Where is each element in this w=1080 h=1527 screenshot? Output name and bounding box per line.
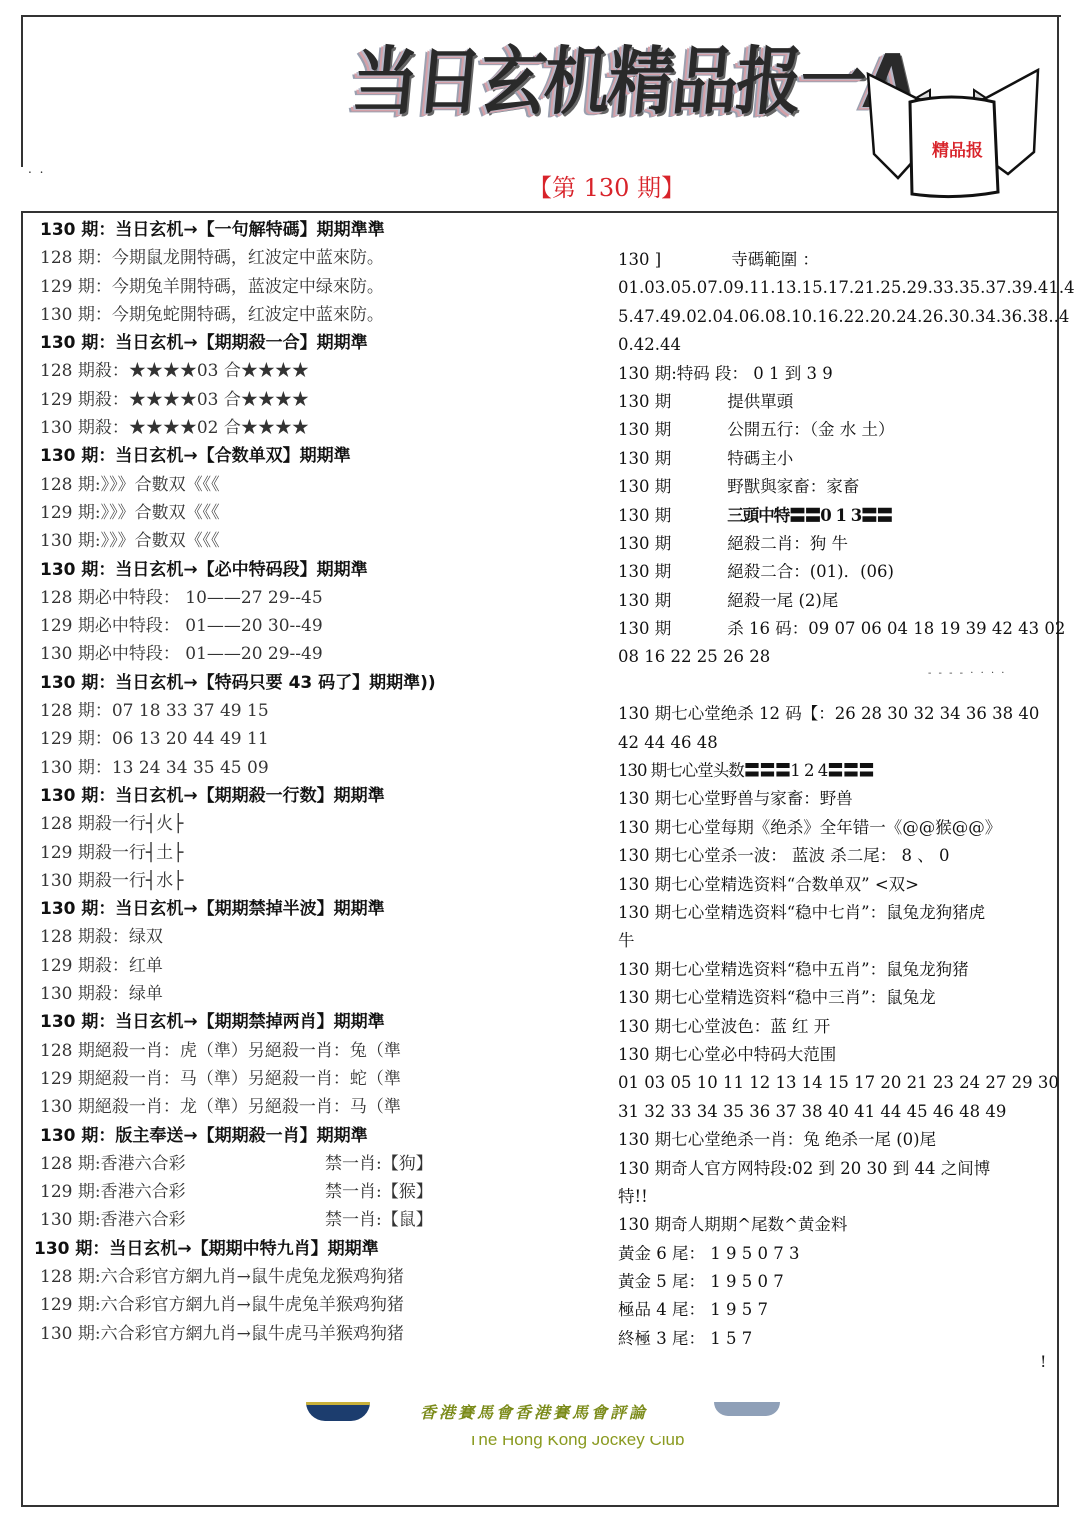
section-heading: 130 期：当日玄机→【一句解特碼】期期準準 xyxy=(40,216,600,244)
item-prefix: 130 期 xyxy=(618,619,671,638)
list-item: 黃金 6 尾： 1 9 5 0 7 3 xyxy=(618,1240,1048,1268)
section-heading: 130 期：当日玄机→【期期殺一合】期期準 xyxy=(40,329,600,357)
list-item: 01 03 05 10 11 12 13 14 15 17 20 21 23 2… xyxy=(618,1069,1048,1097)
list-item: 128 期:六合彩官方網九肖→鼠牛虎兔龙猴鸡狗猪 xyxy=(40,1263,600,1291)
list-item: 130 期:特码 段： 0 1 到 3 9 xyxy=(618,360,1048,388)
issue-number: 【第 130 期】 xyxy=(528,168,685,203)
header-dots: . . xyxy=(28,162,45,176)
section-heading: 130 期：当日玄机→【必中特码段】期期準 xyxy=(40,556,600,584)
list-item: 130 期七心堂每期《绝杀》全年错一《@@猴@@》 xyxy=(618,814,1048,842)
item-text: 特碼主小 xyxy=(727,449,793,468)
item-prefix: 130 期 xyxy=(618,477,671,496)
list-item: 130 期三頭中特〓〓0 1 3〓〓 xyxy=(618,502,1048,530)
item-prefix: 130 期 xyxy=(618,449,671,468)
list-item: 130 期奇人官方网特段:02 到 20 30 到 44 之间博 xyxy=(618,1155,1048,1183)
section-heading: 130 期：当日玄机→【特码只要 43 码了】期期準)) xyxy=(40,669,600,697)
list-item: 130 期七心堂头数〓〓〓1 2 4〓〓〓 xyxy=(618,757,1048,785)
list-item: 129 期必中特段： 01——20 30--49 xyxy=(40,612,600,640)
section-heading: 130 期：当日玄机→【期期中特九肖】期期準 xyxy=(34,1235,600,1263)
list-item: 129 期絕殺一肖：马（準）另絕殺一肖：蛇（準 xyxy=(40,1065,600,1093)
list-item-value: 禁一肖:【狗】 xyxy=(325,1150,433,1178)
list-item: 130 期七心堂精选资料“稳中七肖”：鼠兔龙狗猪虎 xyxy=(618,899,1048,927)
list-item: 130 期七心堂野兽与家畜：野兽 xyxy=(618,785,1048,813)
list-item: 130 期絕殺一肖：龙（準）另絕殺一肖：马（準 xyxy=(40,1093,600,1121)
list-item: 129 期:》》》合數双《《《 xyxy=(40,499,600,527)
list-item: 130 期七心堂波色：蓝 红 开 xyxy=(618,1013,1048,1041)
list-item: 5.47.49.02.04.06.08.10.16.22.20.24.26.30… xyxy=(618,303,1048,331)
list-item: 130 期七心堂必中特码大范围 xyxy=(618,1041,1048,1069)
list-item: 130 期絕殺二肖：狗 牛 xyxy=(618,530,1048,558)
jockey-club-logo-right-icon xyxy=(714,1402,780,1416)
item-text: 公開五行：（金 水 土） xyxy=(727,420,894,439)
list-item: 130 期殺：★★★★02 合★★★★ xyxy=(40,414,600,442)
list-item: 128 期：今期鼠龙開特碼，红波定中蓝來防。 xyxy=(40,244,600,272)
item-text: 杀 16 码：09 07 06 04 18 19 39 42 43 02 xyxy=(727,619,1065,638)
list-item: 130 期奇人期期^尾数^黄金料 xyxy=(618,1211,1048,1239)
list-item: 130 期絕殺二合：(01)．(06) xyxy=(618,558,1048,586)
list-item: 128 期:》》》合數双《《《 xyxy=(40,471,600,499)
header-frame-right-edge xyxy=(1057,15,1059,212)
list-item: 130 期七心堂绝杀 12 码【：26 28 30 32 34 36 38 40 xyxy=(618,700,1048,728)
section-heading: 130 期：版主奉送→【期期殺一肖】期期準 xyxy=(40,1122,600,1150)
list-item-value: 禁一肖:【鼠】 xyxy=(325,1206,433,1234)
list-item: 129 期：06 13 20 44 49 11 xyxy=(40,725,600,753)
list-item: 128 期絕殺一肖：虎（準）另絕殺一肖：兔（準 xyxy=(40,1037,600,1065)
list-item: 01.03.05.07.09.11.13.15.17.21.25.29.33.3… xyxy=(618,274,1048,302)
list-item-label: 128 期:香港六合彩 xyxy=(40,1154,186,1174)
list-item: 0.42.44 xyxy=(618,331,1048,359)
exclamation-mark: ! xyxy=(1040,1352,1046,1371)
list-item: 129 期殺：★★★★03 合★★★★ xyxy=(40,386,600,414)
list-item: 129 期殺：红单 xyxy=(40,952,600,980)
list-item: 128 期：07 18 33 37 49 15 xyxy=(40,697,600,725)
list-item: 130 期公開五行：（金 水 土） xyxy=(618,416,1048,444)
list-item: 42 44 46 48 xyxy=(618,729,1048,757)
list-item: 129 期殺一行┤土├ xyxy=(40,839,600,867)
list-item: 130 期野獸與家畜：家畜 xyxy=(618,473,1048,501)
list-item: 129 期:香港六合彩 禁一肖:【猴】 xyxy=(40,1178,600,1206)
item-text: 絕殺二肖：狗 牛 xyxy=(727,534,848,553)
left-column: 130 期：当日玄机→【一句解特碼】期期準準 128 期：今期鼠龙開特碼，红波定… xyxy=(40,216,600,1348)
list-item: 130 期殺：绿单 xyxy=(40,980,600,1008)
section-heading: 130 期：当日玄机→【合数单双】期期準 xyxy=(40,442,600,470)
list-item: 128 期:香港六合彩 禁一肖:【狗】 xyxy=(40,1150,600,1178)
item-prefix: 130 期 xyxy=(618,562,671,581)
list-item: 黃金 5 尾： 1 9 5 0 7 xyxy=(618,1268,1048,1296)
list-item: 極品 4 尾： 1 9 5 7 xyxy=(618,1296,1048,1324)
list-item: 130 期必中特段： 01——20 29--49 xyxy=(40,640,600,668)
list-item: 128 期殺：★★★★03 合★★★★ xyxy=(40,357,600,385)
list-item: 特!! xyxy=(618,1183,1048,1211)
item-prefix: 130 期 xyxy=(618,591,671,610)
list-item: 130 期提供單頭 xyxy=(618,388,1048,416)
list-item: 130 期七心堂绝杀一肖：兔 绝杀一尾 (0)尾 xyxy=(618,1126,1048,1154)
list-item-label: 130 期:香港六合彩 xyxy=(40,1210,186,1230)
list-item: 128 期殺：绿双 xyxy=(40,923,600,951)
list-item: 130 期：13 24 34 35 45 09 xyxy=(40,754,600,782)
item-text: 絕殺一尾 (2)尾 xyxy=(727,591,838,610)
list-item: 130 期絕殺一尾 (2)尾 xyxy=(618,587,1048,615)
item-prefix: 130 ] xyxy=(618,250,661,269)
list-item: 牛 xyxy=(618,927,1048,955)
list-item: 130 期杀 16 码：09 07 06 04 18 19 39 42 43 0… xyxy=(618,615,1048,643)
list-item: 130 期:香港六合彩 禁一肖:【鼠】 xyxy=(40,1206,600,1234)
list-item: 128 期必中特段： 10——27 29--45 xyxy=(40,584,600,612)
list-item: 130 期七心堂杀一波： 蓝波 杀二尾： 8 、 0 xyxy=(618,842,1048,870)
footer-english-text: The Hong Kong Jockey Club xyxy=(468,1436,684,1450)
list-item-value: 禁一肖:【猴】 xyxy=(325,1178,433,1206)
list-item: 130 期殺一行┤水├ xyxy=(40,867,600,895)
item-prefix: 130 期 xyxy=(618,506,671,525)
footer-chinese-text: 香港賽馬會香港賽馬會評論 xyxy=(420,1400,648,1423)
list-item: 129 期:六合彩官方網九肖→鼠牛虎兔羊猴鸡狗猪 xyxy=(40,1291,600,1319)
list-item: 128 期殺一行┤火├ xyxy=(40,810,600,838)
item-text: 絕殺二合：(01)．(06) xyxy=(727,562,894,581)
section-heading: 130 期：当日玄机→【期期殺一行数】期期準 xyxy=(40,782,600,810)
list-item: 130 期：今期兔蛇開特碼，红波定中蓝來防。 xyxy=(40,301,600,329)
list-item: 130 期:》》》合數双《《《 xyxy=(40,527,600,555)
banner-label: 精品报 xyxy=(932,136,983,161)
list-item: 130 期七心堂精选资料“合数单双” <双> xyxy=(618,871,1048,899)
right-column: 130 ]寺碼範圍 ： 01.03.05.07.09.11.13.15.17.2… xyxy=(618,246,1048,1353)
list-item: 130 ]寺碼範圍 ： xyxy=(618,246,1048,274)
list-item: 130 期:六合彩官方網九肖→鼠牛虎马羊猴鸡狗猪 xyxy=(40,1320,600,1348)
item-prefix: 130 期 xyxy=(618,392,671,411)
item-text: 寺碼範圍 ： xyxy=(731,250,819,269)
item-text: 提供單頭 xyxy=(727,392,793,411)
section-heading: 130 期：当日玄机→【期期禁掉半波】期期準 xyxy=(40,895,600,923)
page-title: 当日玄机精品报一A xyxy=(348,22,919,128)
list-item: 終極 3 尾： 1 5 7 xyxy=(618,1325,1048,1353)
item-text: 三頭中特〓〓0 1 3〓〓 xyxy=(727,506,892,525)
item-prefix: 130 期 xyxy=(618,534,671,553)
section-heading: 130 期：当日玄机→【期期禁掉两肖】期期準 xyxy=(40,1008,600,1036)
list-item: 130 期特碼主小 xyxy=(618,445,1048,473)
list-item: 31 32 33 34 35 36 37 38 40 41 44 45 46 4… xyxy=(618,1098,1048,1126)
list-item: 129 期：今期兔羊開特碼，蓝波定中绿來防。 xyxy=(40,273,600,301)
list-item-label: 129 期:香港六合彩 xyxy=(40,1182,186,1202)
list-item: 130 期七心堂精选资料“稳中三肖”：鼠兔龙 xyxy=(618,984,1048,1012)
jockey-club-logo-left-icon xyxy=(306,1402,370,1421)
list-item: 130 期七心堂精选资料“稳中五肖”：鼠兔龙狗猪 xyxy=(618,956,1048,984)
item-prefix: 130 期 xyxy=(618,420,671,439)
stray-dashes: - - - - · · · · xyxy=(928,668,1006,679)
item-text: 野獸與家畜：家畜 xyxy=(727,477,859,496)
